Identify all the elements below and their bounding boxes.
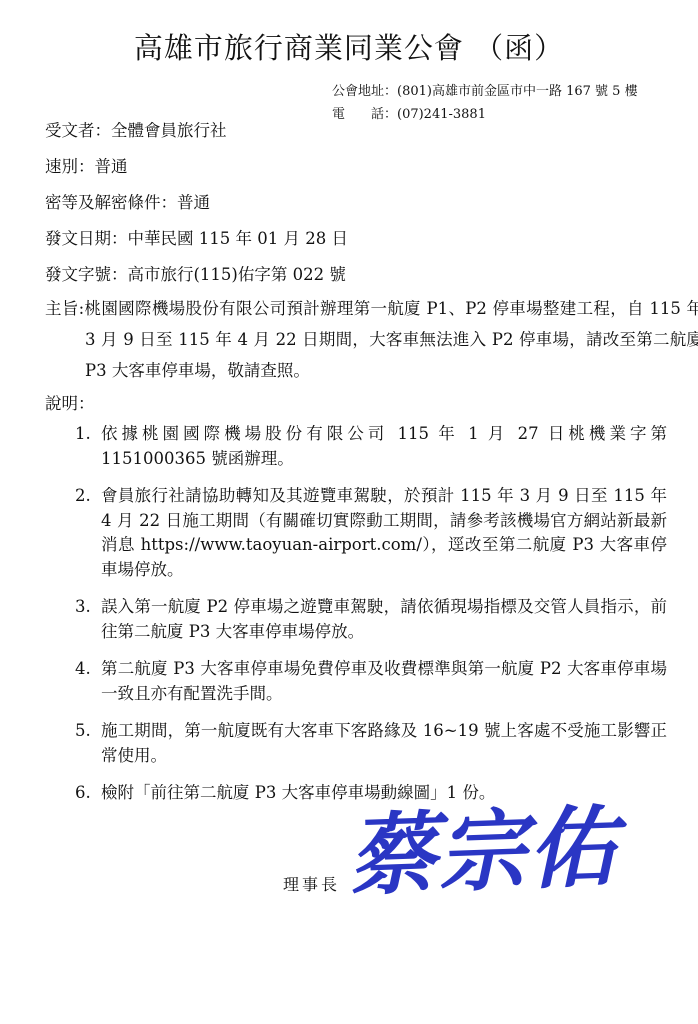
association-address: 公會地址：(801)高雄市前金區市中一路 167 號 5 樓 — [332, 80, 638, 103]
subject-label: 主旨: — [45, 299, 84, 318]
classification-line: 密等及解密條件：普通 — [45, 185, 348, 221]
signer-title: 理事長 — [283, 872, 340, 895]
speed-line: 速別：普通 — [45, 149, 348, 185]
association-phone: 電 話：(07)241-3881 — [332, 103, 638, 126]
item-number: 1. — [75, 422, 101, 471]
list-item: 5. 施工期間，第一航廈既有大客車下客路緣及 16~19 號上客處不受施工影響正… — [75, 719, 667, 768]
issue-date-line: 發文日期：中華民國 115 年 01 月 28 日 — [45, 221, 348, 257]
subject-paragraph: 主旨:桃園國際機場股份有限公司預計辦理第一航廈 P1、P2 停車場整建工程，自 … — [45, 293, 698, 386]
item-text: 誤入第一航廈 P2 停車場之遊覽車駕駛，請依循現場指標及交管人員指示，前往第二航… — [101, 595, 667, 644]
recipient-line: 受文者：全體會員旅行社 — [45, 113, 348, 149]
item-number: 4. — [75, 657, 101, 706]
item-text: 依據桃園國際機場股份有限公司 115 年 1 月 27 日桃機業字第 11510… — [101, 422, 667, 471]
list-item: 4. 第二航廈 P3 大客車停車場免費停車及收費標準與第一航廈 P2 大客車停車… — [75, 657, 667, 706]
item-number: 6. — [75, 781, 101, 806]
doc-number-line: 發文字號：高市旅行(115)佑字第 022 號 — [45, 257, 348, 293]
item-text: 第二航廈 P3 大客車停車場免費停車及收費標準與第一航廈 P2 大客車停車場一致… — [101, 657, 667, 706]
letter-meta-block: 受文者：全體會員旅行社 速別：普通 密等及解密條件：普通 發文日期：中華民國 1… — [45, 113, 348, 293]
chairman-signature: 蔡宗佑 — [346, 791, 620, 910]
list-item: 1. 依據桃園國際機場股份有限公司 115 年 1 月 27 日桃機業字第 11… — [75, 422, 667, 471]
letter-title: 高雄市旅行商業同業公會 （函） — [0, 26, 698, 67]
item-number: 5. — [75, 719, 101, 768]
item-text: 施工期間，第一航廈既有大客車下客路緣及 16~19 號上客處不受施工影響正常使用… — [101, 719, 667, 768]
item-text: 會員旅行社請協助轉知及其遊覽車駕駛，於預計 115 年 3 月 9 日至 115… — [101, 484, 667, 582]
list-item: 2. 會員旅行社請協助轉知及其遊覽車駕駛，於預計 115 年 3 月 9 日至 … — [75, 484, 667, 582]
item-number: 2. — [75, 484, 101, 582]
explanation-label: 說明： — [45, 390, 95, 414]
subject-text: 桃園國際機場股份有限公司預計辦理第一航廈 P1、P2 停車場整建工程，自 115… — [84, 299, 698, 380]
association-contact-block: 公會地址：(801)高雄市前金區市中一路 167 號 5 樓 電 話：(07)2… — [332, 80, 638, 126]
explanation-list: 1. 依據桃園國際機場股份有限公司 115 年 1 月 27 日桃機業字第 11… — [75, 422, 667, 819]
item-number: 3. — [75, 595, 101, 644]
letter-page: 高雄市旅行商業同業公會 （函） 公會地址：(801)高雄市前金區市中一路 167… — [0, 0, 698, 1024]
list-item: 3. 誤入第一航廈 P2 停車場之遊覽車駕駛，請依循現場指標及交管人員指示，前往… — [75, 595, 667, 644]
